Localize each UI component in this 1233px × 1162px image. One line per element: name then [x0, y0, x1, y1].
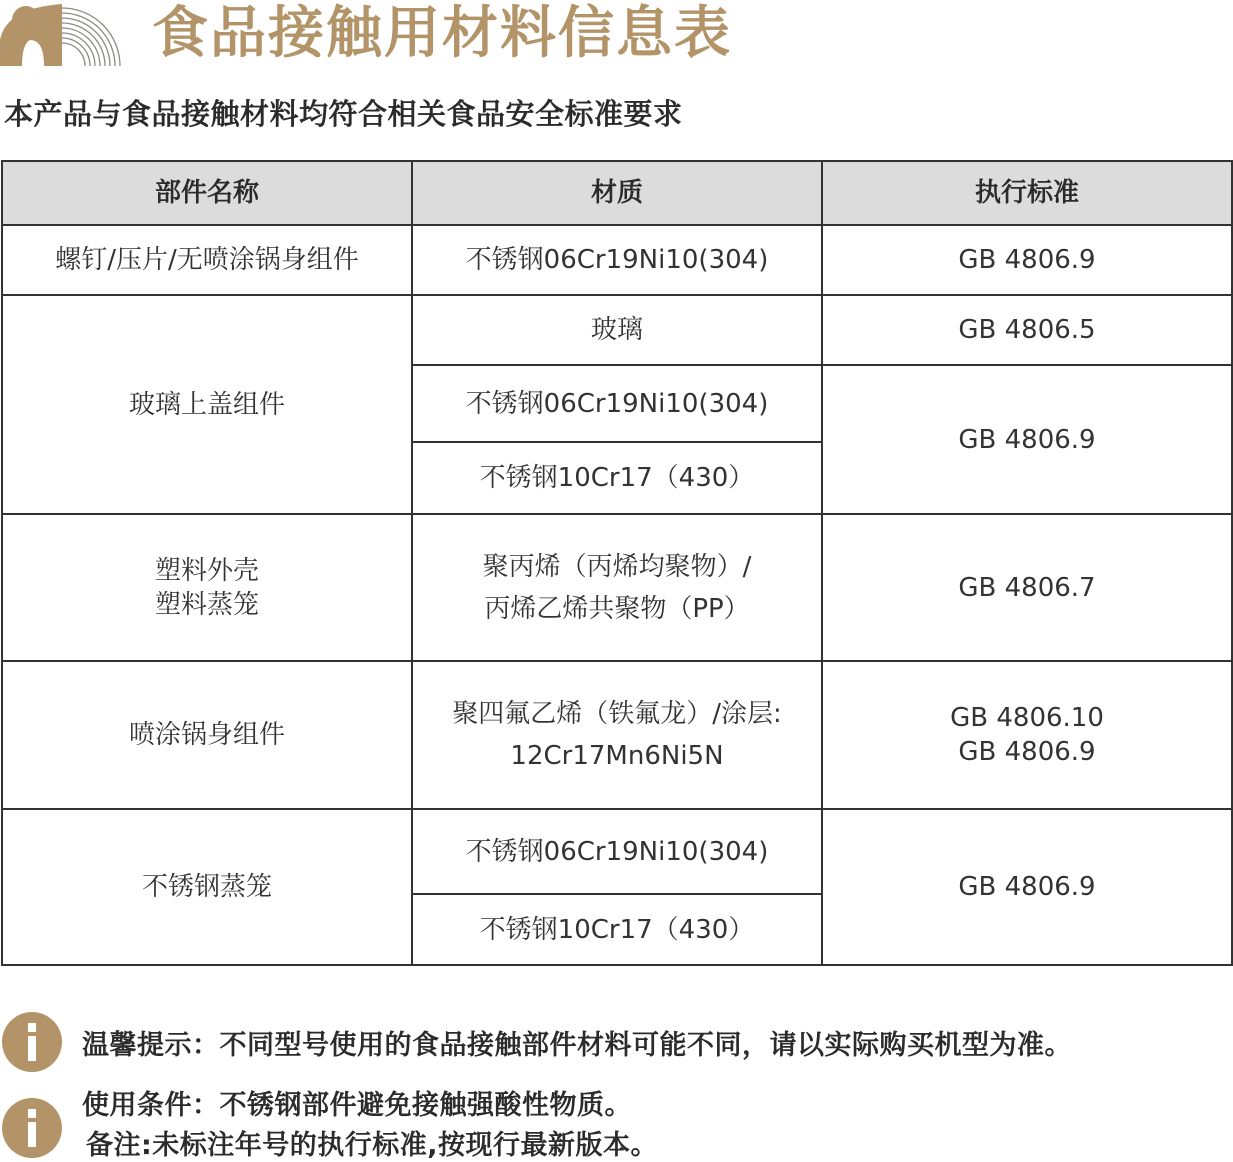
standard-cell: GB 4806.10 GB 4806.9: [822, 661, 1232, 809]
part-name: 不锈钢蒸笼: [3, 870, 411, 904]
part-cell: 螺钉/压片/无喷涂锅身组件: [2, 225, 412, 295]
material-name: 丙烯乙烯共聚物（PP）: [413, 588, 821, 630]
standard-code: GB 4806.7: [823, 571, 1231, 605]
material-name: 12Cr17Mn6Ni5N: [413, 735, 821, 777]
material-name: 不锈钢06Cr19Ni10(304): [413, 835, 821, 869]
page-subtitle: 本产品与食品接触材料均符合相关食品安全标准要求: [4, 92, 683, 136]
info-icon: [2, 1098, 62, 1158]
materials-table: 部件名称 材质 执行标准 螺钉/压片/无喷涂锅身组件 不锈钢06Cr19Ni10…: [1, 160, 1233, 966]
standard-code: GB 4806.9: [823, 423, 1231, 457]
standard-code: GB 4806.9: [823, 870, 1231, 904]
part-cell: 不锈钢蒸笼: [2, 809, 412, 965]
part-name: 塑料外壳: [3, 554, 411, 588]
material-cell: 不锈钢06Cr19Ni10(304): [412, 225, 822, 295]
part-name: 玻璃上盖组件: [3, 388, 411, 422]
material-name: 玻璃: [413, 313, 821, 347]
part-name: 喷涂锅身组件: [3, 718, 411, 752]
table-row: 塑料外壳 塑料蒸笼 聚丙烯（丙烯均聚物）/ 丙烯乙烯共聚物（PP） GB 480…: [2, 514, 1232, 661]
standard-cell: GB 4806.9: [822, 809, 1232, 965]
material-name: 聚丙烯（丙烯均聚物）/: [413, 546, 821, 588]
material-cell: 玻璃: [412, 295, 822, 365]
material-name: 不锈钢06Cr19Ni10(304): [413, 243, 821, 277]
standard-code: GB 4806.9: [823, 735, 1231, 769]
column-header-part: 部件名称: [2, 161, 412, 225]
column-header-material: 材质: [412, 161, 822, 225]
part-cell: 玻璃上盖组件: [2, 295, 412, 514]
material-cell: 聚丙烯（丙烯均聚物）/ 丙烯乙烯共聚物（PP）: [412, 514, 822, 661]
standard-cell: GB 4806.9: [822, 225, 1232, 295]
standard-code: GB 4806.5: [823, 313, 1231, 347]
material-name: 聚四氟乙烯（铁氟龙）/涂层:: [413, 693, 821, 735]
material-cell: 不锈钢10Cr17（430）: [412, 894, 822, 965]
standard-cell: GB 4806.7: [822, 514, 1232, 661]
standard-code: GB 4806.9: [823, 243, 1231, 277]
part-name: 塑料蒸笼: [3, 588, 411, 622]
table-row: 喷涂锅身组件 聚四氟乙烯（铁氟龙）/涂层: 12Cr17Mn6Ni5N GB 4…: [2, 661, 1232, 809]
material-name: 不锈钢06Cr19Ni10(304): [413, 387, 821, 421]
material-name: 不锈钢10Cr17（430）: [413, 461, 821, 495]
table-header-row: 部件名称 材质 执行标准: [2, 161, 1232, 225]
part-cell: 喷涂锅身组件: [2, 661, 412, 809]
table-row: 玻璃上盖组件 玻璃 GB 4806.5: [2, 295, 1232, 365]
table-row: 不锈钢蒸笼 不锈钢06Cr19Ni10(304) GB 4806.9: [2, 809, 1232, 894]
tip-note: 温馨提示：不同型号使用的食品接触部件材料可能不同，请以实际购买机型为准。: [82, 1026, 1072, 1066]
standard-cell: GB 4806.5: [822, 295, 1232, 365]
brand-arc-logo-icon: [0, 0, 126, 66]
material-cell: 不锈钢10Cr17（430）: [412, 442, 822, 514]
remark-note: 备注:未标注年号的执行标准,按现行最新版本。: [86, 1126, 658, 1162]
part-name: 螺钉/压片/无喷涂锅身组件: [3, 243, 411, 277]
material-name: 不锈钢10Cr17（430）: [413, 913, 821, 947]
info-icon: [2, 1012, 62, 1072]
material-cell: 不锈钢06Cr19Ni10(304): [412, 365, 822, 442]
usage-condition-note: 使用条件：不锈钢部件避免接触强酸性物质。: [82, 1086, 632, 1126]
material-cell: 聚四氟乙烯（铁氟龙）/涂层: 12Cr17Mn6Ni5N: [412, 661, 822, 809]
page-title: 食品接触用材料信息表: [152, 0, 732, 72]
column-header-standard: 执行标准: [822, 161, 1232, 225]
standard-code: GB 4806.10: [823, 701, 1231, 735]
table-row: 螺钉/压片/无喷涂锅身组件 不锈钢06Cr19Ni10(304) GB 4806…: [2, 225, 1232, 295]
part-cell: 塑料外壳 塑料蒸笼: [2, 514, 412, 661]
standard-cell: GB 4806.9: [822, 365, 1232, 514]
material-cell: 不锈钢06Cr19Ni10(304): [412, 809, 822, 894]
